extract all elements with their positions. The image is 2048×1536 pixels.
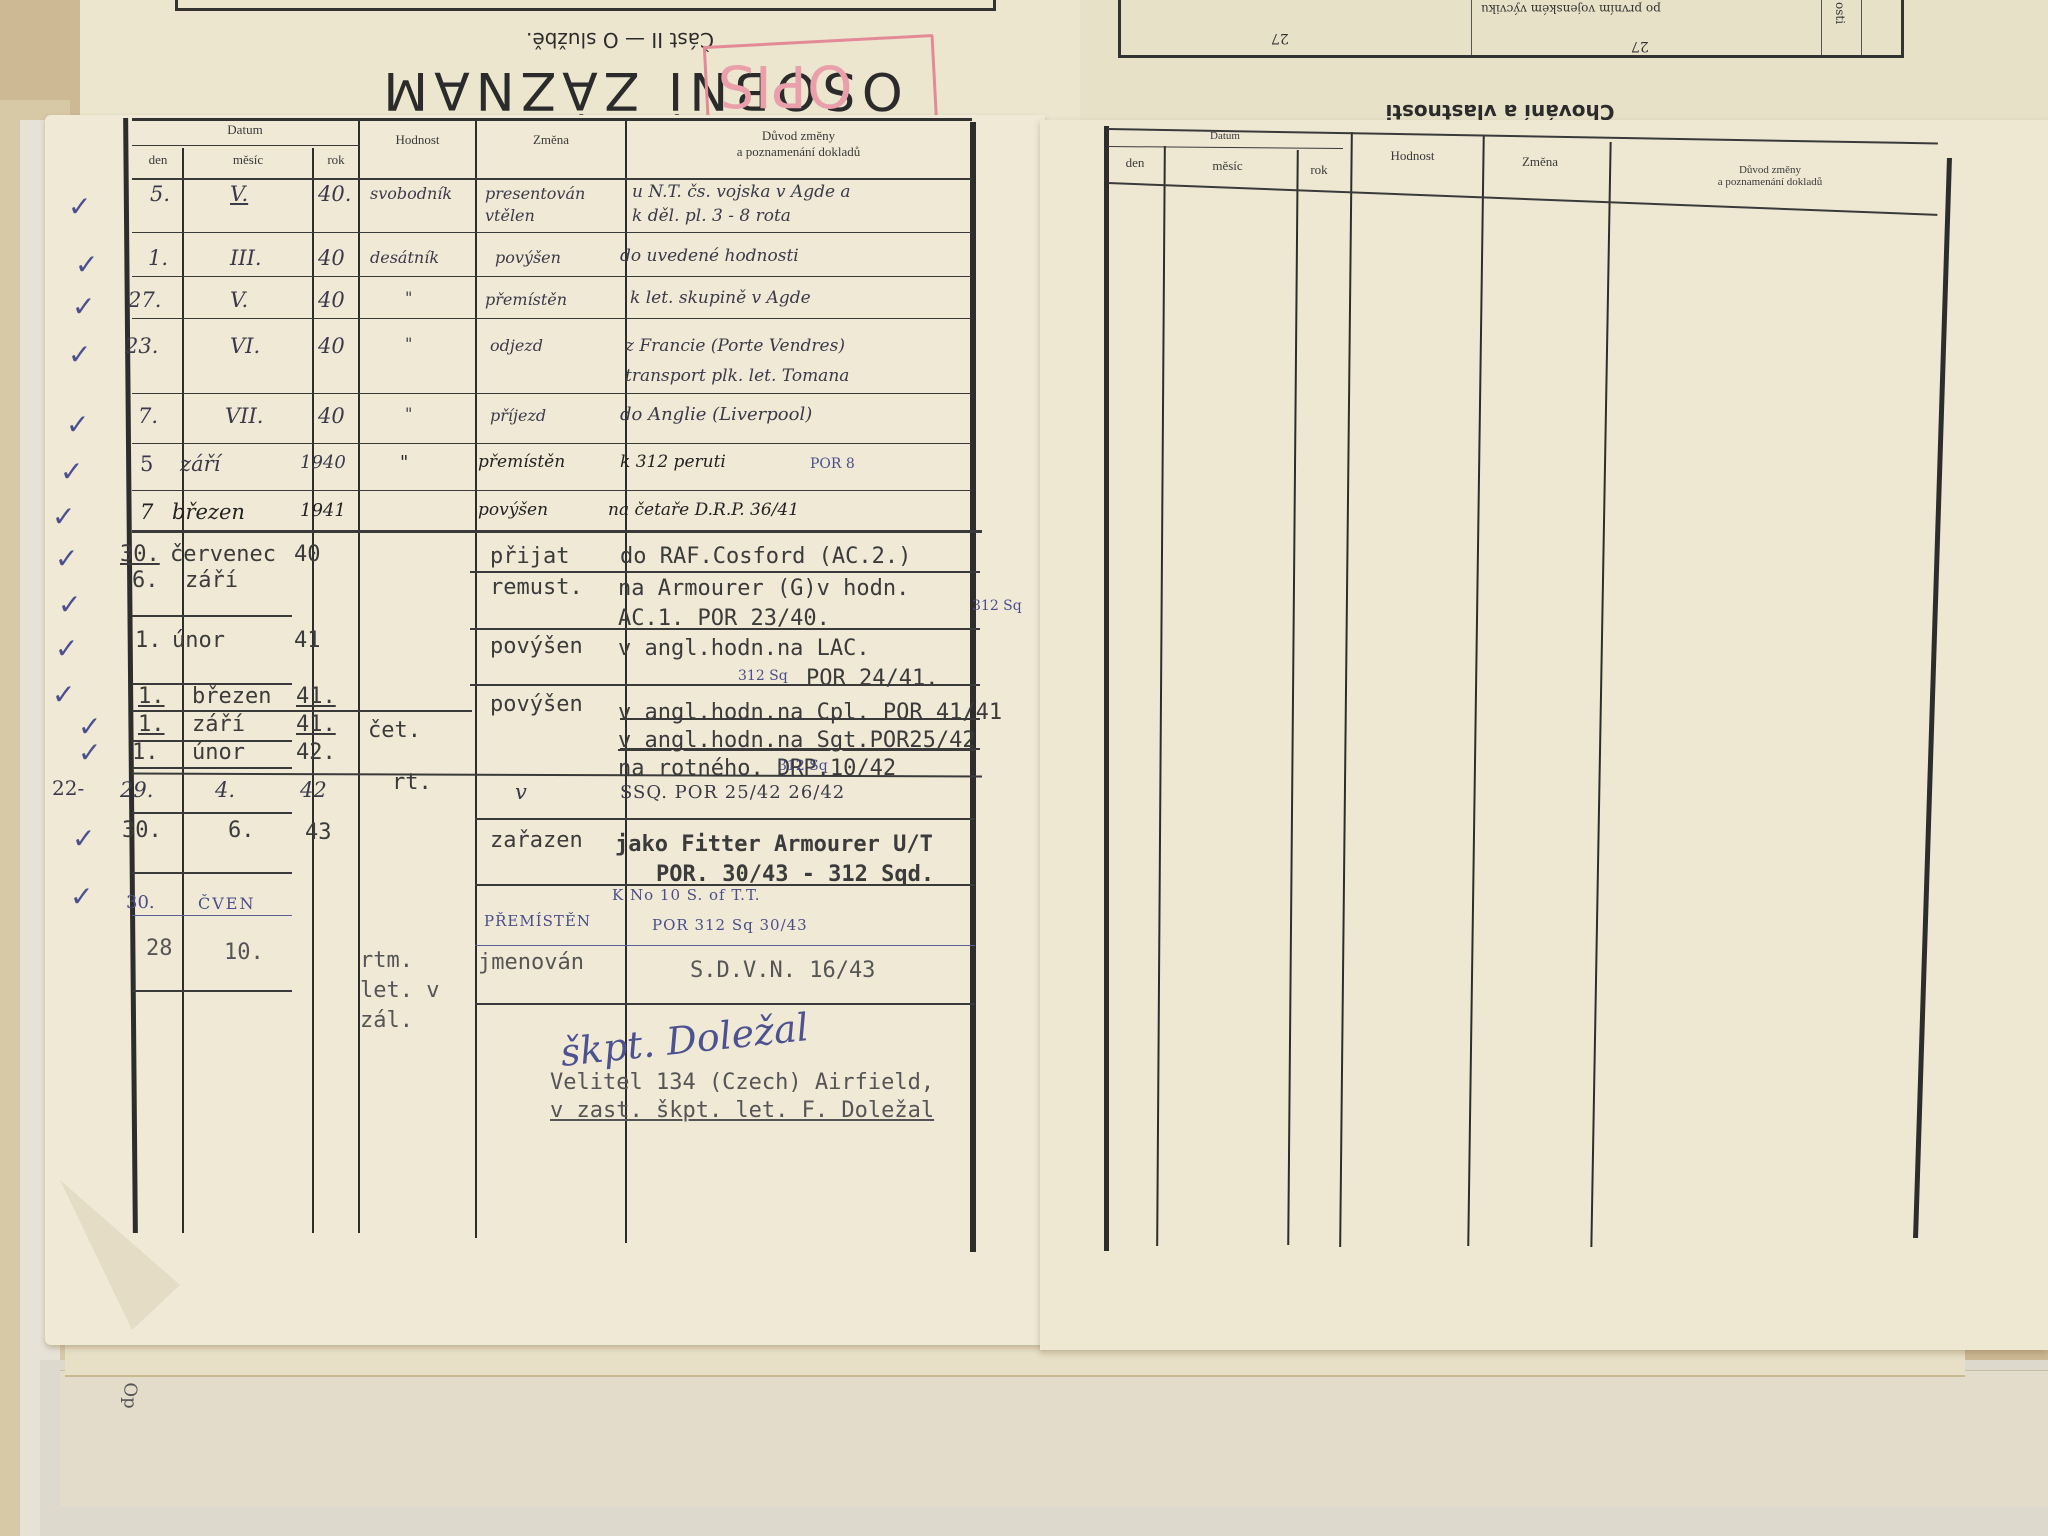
service-record-table-right: Datum den měsíc rok Hodnost Změna Důvod … xyxy=(0,0,2048,1536)
header-hodnost-right: Hodnost xyxy=(1350,148,1475,164)
header-rok-right: rok xyxy=(1295,162,1343,178)
header-den-right: den xyxy=(1110,155,1160,171)
header-mesic-right: měsíc xyxy=(1165,158,1290,174)
header-duvod-right: Důvod změny a poznamenání dokladů xyxy=(1610,164,1930,188)
header-datum-right: Datum xyxy=(1110,130,1340,142)
header-zmena-right: Změna xyxy=(1480,154,1600,170)
